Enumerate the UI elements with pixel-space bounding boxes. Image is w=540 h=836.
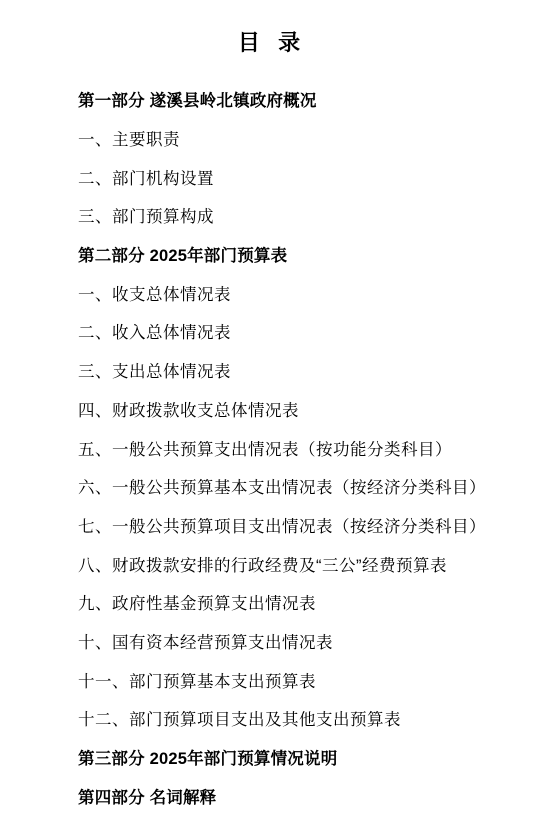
document-page: 目 录 第一部分 遂溪县岭北镇政府概况一、主要职责二、部门机构设置三、部门预算构… — [0, 0, 540, 836]
toc-item: 二、收入总体情况表 — [78, 312, 520, 351]
toc-item: 一、主要职责 — [78, 119, 520, 158]
page-title: 目 录 — [0, 0, 540, 56]
toc-item: 九、政府性基金预算支出情况表 — [78, 583, 520, 622]
toc-section-heading: 第二部分 2025年部门预算表 — [78, 235, 520, 274]
toc-item: 三、支出总体情况表 — [78, 351, 520, 390]
toc-item: 八、财政拨款安排的行政经费及“三公”经费预算表 — [78, 544, 520, 583]
toc-section-heading: 第一部分 遂溪县岭北镇政府概况 — [78, 80, 520, 119]
toc-item: 三、部门预算构成 — [78, 196, 520, 235]
toc-item: 四、财政拨款收支总体情况表 — [78, 390, 520, 429]
toc-item: 二、部门机构设置 — [78, 157, 520, 196]
toc-item: 五、一般公共预算支出情况表（按功能分类科目） — [78, 428, 520, 467]
toc-item: 十二、部门预算项目支出及其他支出预算表 — [78, 699, 520, 738]
toc-item: 七、一般公共预算项目支出情况表（按经济分类科目） — [78, 506, 520, 545]
toc-list: 第一部分 遂溪县岭北镇政府概况一、主要职责二、部门机构设置三、部门预算构成第二部… — [78, 80, 520, 815]
toc-item: 六、一般公共预算基本支出情况表（按经济分类科目） — [78, 467, 520, 506]
toc-section-heading: 第三部分 2025年部门预算情况说明 — [78, 738, 520, 777]
toc-item: 一、收支总体情况表 — [78, 273, 520, 312]
toc-section-heading: 第四部分 名词解释 — [78, 776, 520, 815]
toc-item: 十、国有资本经营预算支出情况表 — [78, 622, 520, 661]
toc-item: 十一、部门预算基本支出预算表 — [78, 660, 520, 699]
